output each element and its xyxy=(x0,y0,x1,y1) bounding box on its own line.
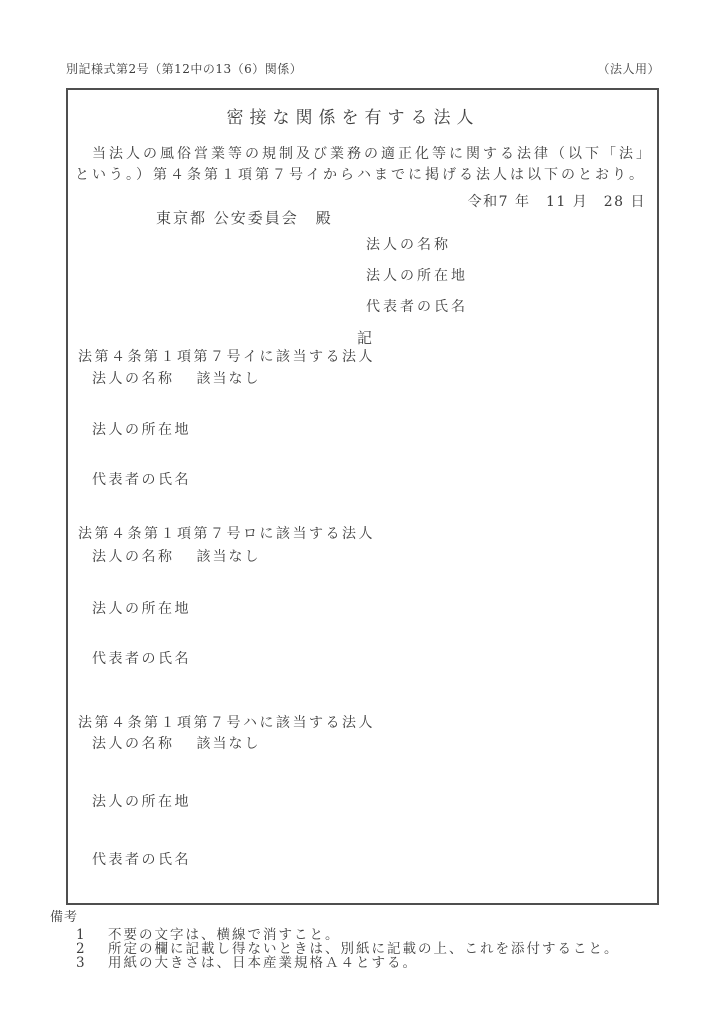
section-1-name-value: 該当なし xyxy=(197,371,261,387)
notes-heading: 備考 xyxy=(50,906,78,925)
section-1-name-row: 法人の名称該当なし xyxy=(92,368,261,388)
section-1-representative-label: 代表者の氏名 xyxy=(92,469,191,489)
section-2-name-value: 該当なし xyxy=(197,549,261,565)
intro-line-2: という。）第４条第１項第７号イからハまでに掲げる法人は以下のとおり。 xyxy=(75,164,646,184)
document-page: 別記様式第2号（第12中の13（6）関係） （法人用） 密接な関係を有する法人 … xyxy=(0,0,724,1024)
signer-corporation-address-label: 法人の所在地 xyxy=(366,265,468,285)
signer-corporation-name-label: 法人の名称 xyxy=(366,234,451,254)
section-3-name-row: 法人の名称該当なし xyxy=(92,733,261,753)
record-mark: 記 xyxy=(68,327,661,348)
note-item-3: 3用紙の大きさは、日本産業規格Ａ４とする。 xyxy=(76,951,418,971)
section-3-name-label: 法人の名称 xyxy=(92,736,175,752)
section-3-representative-label: 代表者の氏名 xyxy=(92,849,191,869)
section-1-heading: 法第４条第１項第７号イに該当する法人 xyxy=(78,346,375,366)
note-3-number: 3 xyxy=(76,955,108,971)
section-2-heading: 法第４条第１項第７号ロに該当する法人 xyxy=(78,523,375,543)
date-line: 令和7 年 11 月 28 日 xyxy=(468,191,646,211)
signer-representative-name-label: 代表者の氏名 xyxy=(366,296,468,316)
section-2-name-label: 法人の名称 xyxy=(92,549,175,565)
form-style-reference: 別記様式第2号（第12中の13（6）関係） xyxy=(66,60,302,77)
section-2-address-label: 法人の所在地 xyxy=(92,598,191,618)
section-3-heading: 法第４条第１項第７号ハに該当する法人 xyxy=(78,712,375,732)
section-3-name-value: 該当なし xyxy=(197,736,261,752)
note-3-text: 用紙の大きさは、日本産業規格Ａ４とする。 xyxy=(108,955,418,971)
section-3-address-label: 法人の所在地 xyxy=(92,791,191,811)
section-2-representative-label: 代表者の氏名 xyxy=(92,648,191,668)
section-2-name-row: 法人の名称該当なし xyxy=(92,546,261,566)
form-usage-tag: （法人用） xyxy=(597,60,660,77)
form-border-box: 密接な関係を有する法人 当法人の風俗営業等の規制及び業務の適正化等に関する法律（… xyxy=(66,88,659,905)
section-1-address-label: 法人の所在地 xyxy=(92,419,191,439)
section-1-name-label: 法人の名称 xyxy=(92,371,175,387)
intro-line-1: 当法人の風俗営業等の規制及び業務の適正化等に関する法律（以下「法」 xyxy=(92,143,653,163)
form-title: 密接な関係を有する法人 xyxy=(68,103,638,128)
addressee-line: 東京都 公安委員会 殿 xyxy=(156,207,333,228)
